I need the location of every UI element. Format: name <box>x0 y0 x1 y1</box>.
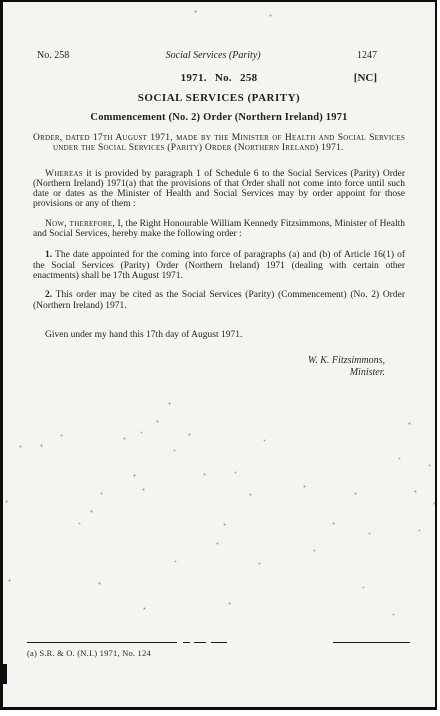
article-2-text: This order may be cited as the Social Se… <box>33 290 405 310</box>
whereas-body: it is provided by paragraph 1 of Schedul… <box>33 169 405 210</box>
scan-edge-artifact <box>3 664 7 684</box>
testimonium: Given under my hand this 17th day of Aug… <box>33 330 405 340</box>
doc-number: No. 258 <box>37 50 69 61</box>
footnote-rule <box>27 642 415 644</box>
page-number: 1247 <box>357 50 377 61</box>
document-subtitle: Commencement (No. 2) Order (Northern Ire… <box>33 112 405 124</box>
article-1-text: The date appointed for the coming into f… <box>33 250 405 281</box>
document-content: No. 258 Social Services (Parity) 1247 19… <box>3 2 435 378</box>
enacting-clause: Now, therefore, I, the Right Honourable … <box>33 219 405 240</box>
signatory-title: Minister. <box>33 367 385 379</box>
article-2: 2. This order may be cited as the Social… <box>33 290 405 311</box>
footnote-text: (a) S.R. & O. (N.I.) 1971, No. 124 <box>27 648 415 658</box>
order-recital-text: Order, dated 17th August 1971, made by t… <box>33 133 405 153</box>
order-recital: Order, dated 17th August 1971, made by t… <box>33 133 405 154</box>
article-1: 1. The date appointed for the coming int… <box>33 250 405 281</box>
year-and-number: 1971. No. 258 <box>181 72 258 84</box>
nc-tag: [NC] <box>354 71 377 85</box>
signature-block: W. K. Fitzsimmons, Minister. <box>33 355 405 378</box>
document-title: SOCIAL SERVICES (PARITY) <box>33 92 405 104</box>
scanned-document-page: No. 258 Social Services (Parity) 1247 19… <box>0 0 437 710</box>
article-2-number: 2. <box>45 290 52 300</box>
article-1-number: 1. <box>45 250 52 260</box>
signatory-name: W. K. Fitzsimmons, <box>33 355 385 367</box>
enacting-lead: Now, therefore, <box>45 219 115 229</box>
footnote-block: (a) S.R. & O. (N.I.) 1971, No. 124 <box>27 642 415 658</box>
whereas-lead: Whereas <box>45 169 83 179</box>
year-number-row: 1971. No. 258 [NC] <box>33 71 405 85</box>
whereas-clause: Whereas it is provided by paragraph 1 of… <box>33 169 405 210</box>
running-title: Social Services (Parity) <box>166 50 261 61</box>
page-header: No. 258 Social Services (Parity) 1247 <box>33 50 405 61</box>
